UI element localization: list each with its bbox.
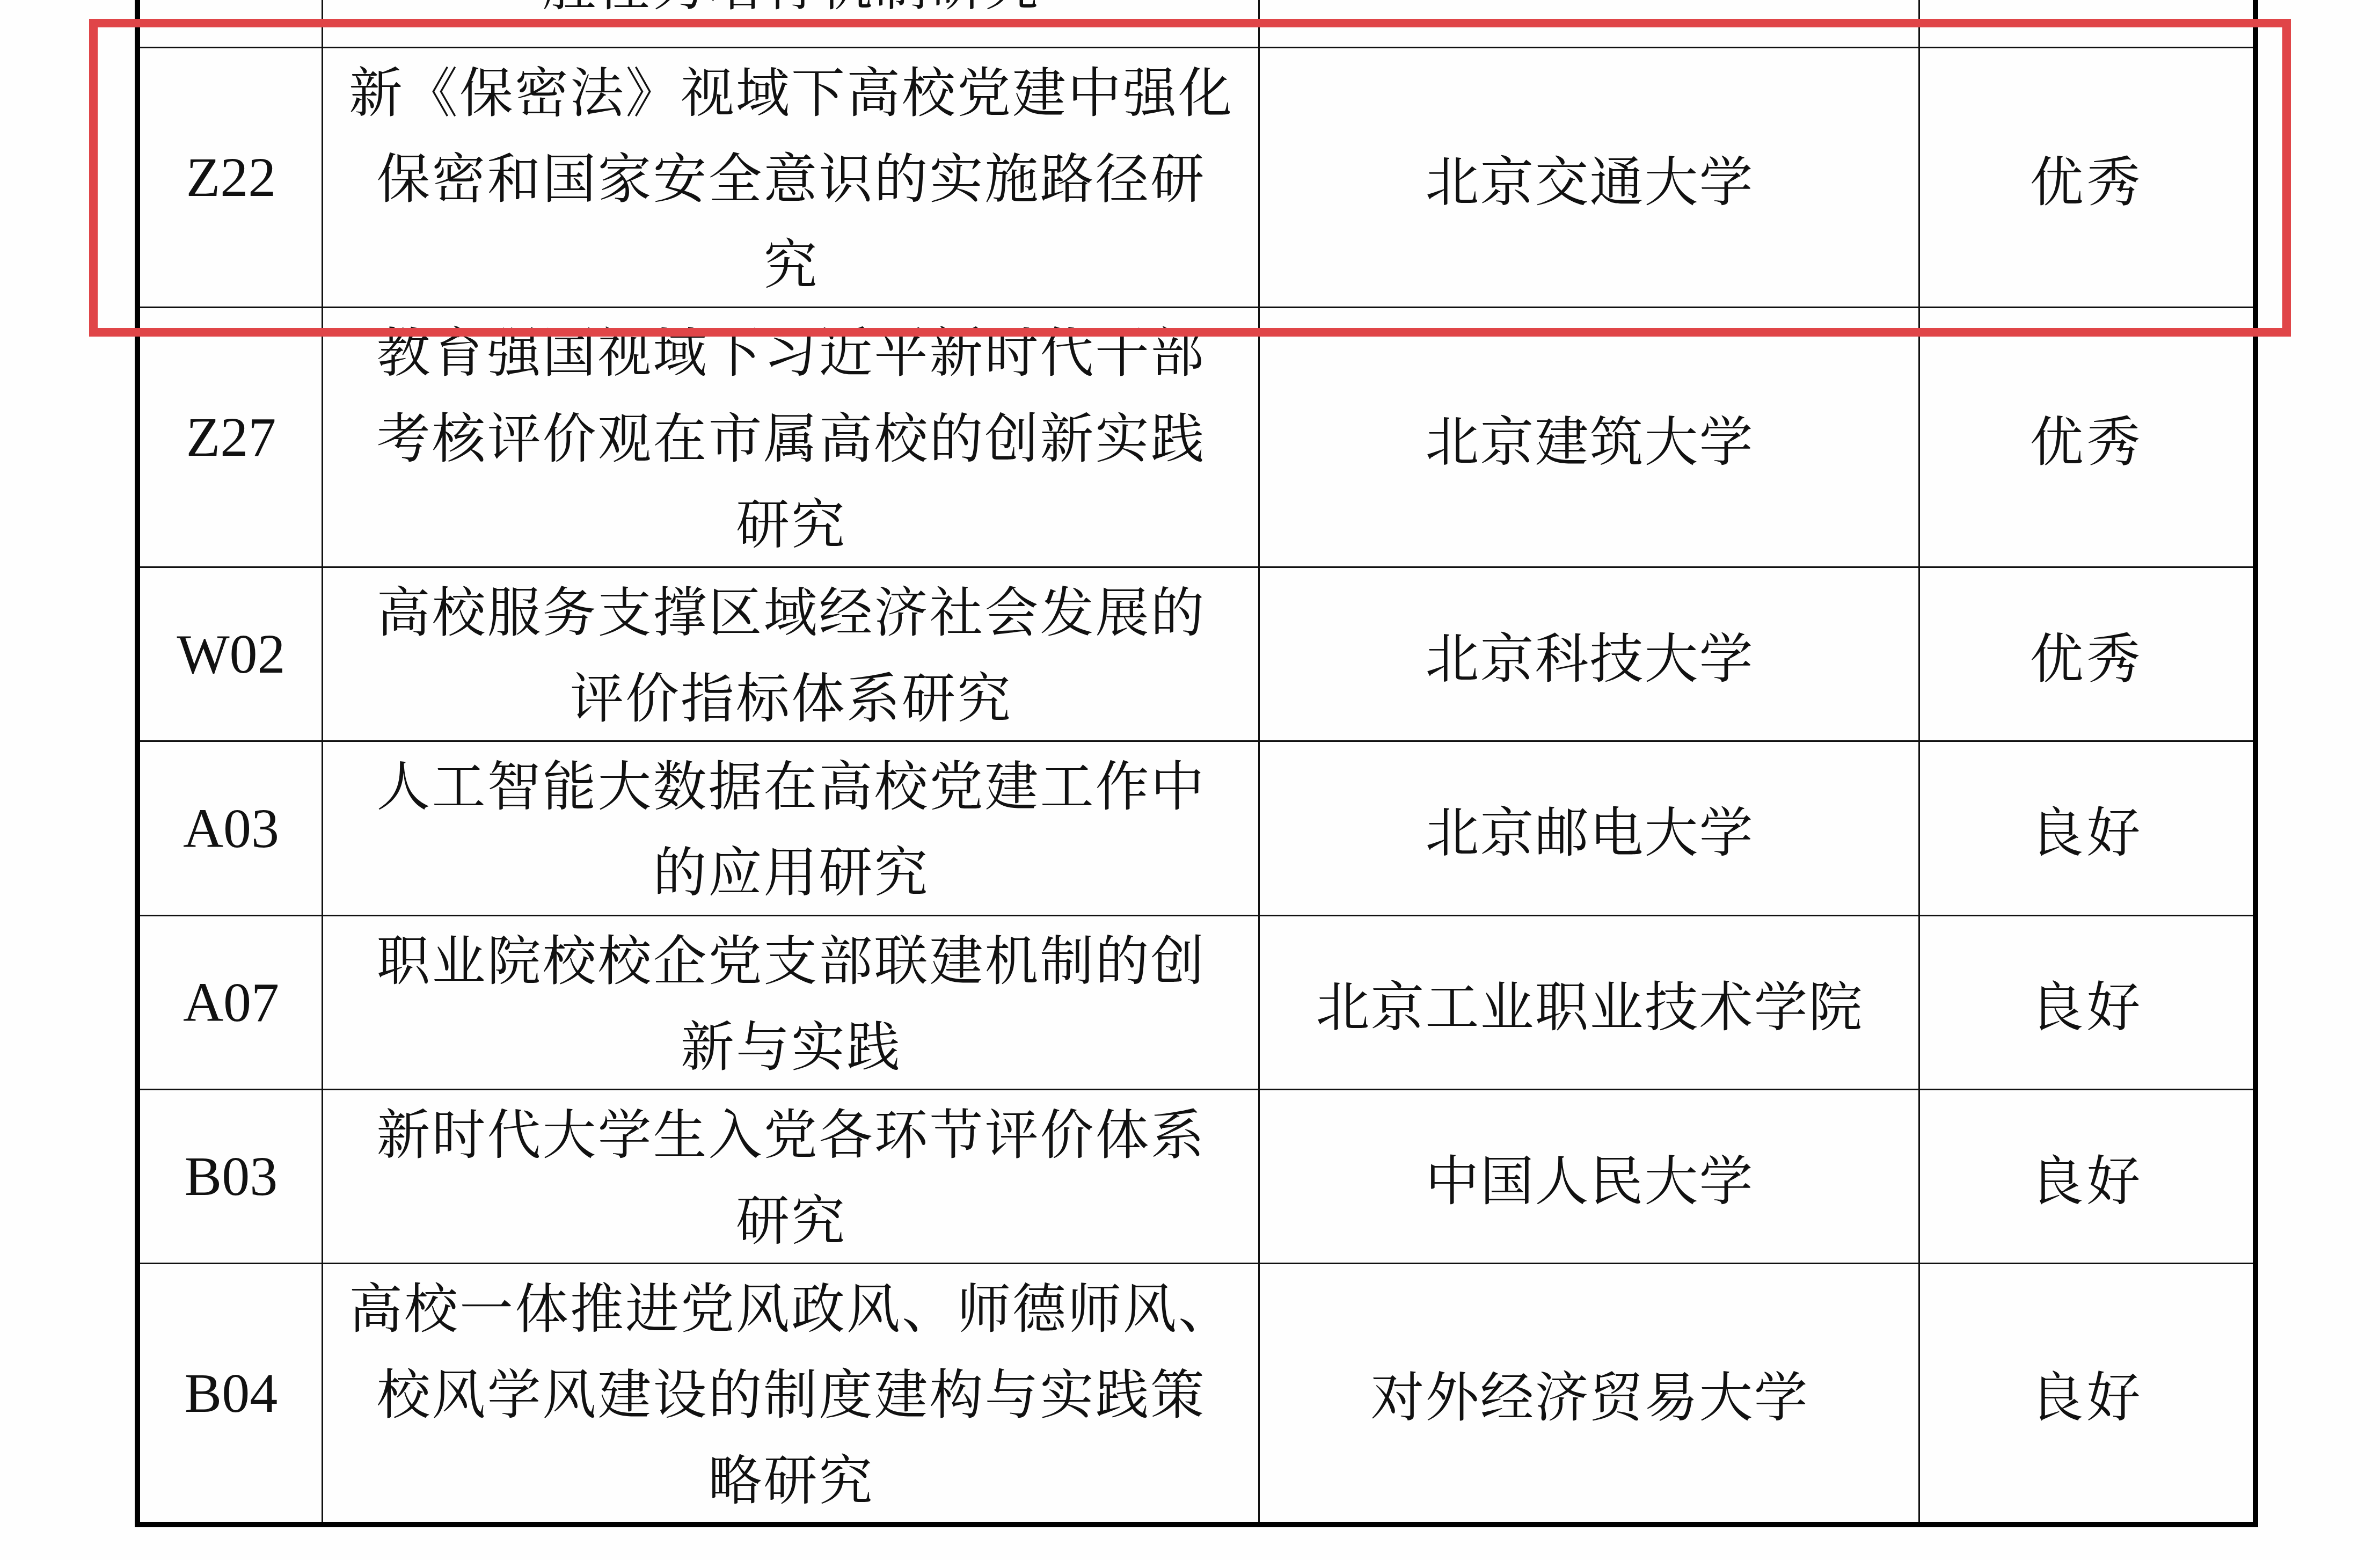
- institution-name: 北京交通大学: [1260, 48, 1919, 307]
- project-code: Z22: [140, 48, 322, 307]
- table-border-left: [135, 0, 140, 1527]
- title-line: 教育强国视域下习近平新时代干部: [324, 310, 1259, 396]
- title-line: 新与实践: [324, 1004, 1259, 1090]
- institution-name: 对外经济贸易大学: [1260, 1264, 1919, 1522]
- title-line: 人工智能大数据在高校党建工作中: [324, 744, 1259, 830]
- project-code: B03: [140, 1090, 322, 1263]
- grade-label: 良好: [1921, 1264, 2253, 1522]
- partial-row-title: 胜任力培育机制研究: [324, 0, 1259, 30]
- project-title: 高校一体推进党风政风、师德师风、 校风学风建设的制度建构与实践策 略研究: [324, 1264, 1259, 1522]
- institution-name: 北京邮电大学: [1260, 742, 1919, 915]
- project-title: 高校服务支撑区域经济社会发展的 评价指标体系研究: [324, 568, 1259, 740]
- grade-label: 优秀: [1921, 568, 2253, 740]
- project-title: 人工智能大数据在高校党建工作中 的应用研究: [324, 742, 1259, 915]
- title-line: 评价指标体系研究: [324, 656, 1259, 742]
- grade-label: 优秀: [1921, 48, 2253, 307]
- project-title: 新《保密法》视域下高校党建中强化 保密和国家安全意识的实施路径研 究: [324, 48, 1259, 307]
- title-line: 校风学风建设的制度建构与实践策: [324, 1352, 1259, 1438]
- table-border-right: [2253, 0, 2258, 1527]
- project-code: A03: [140, 742, 322, 915]
- grade-label: 良好: [1921, 916, 2253, 1089]
- project-title: 职业院校校企党支部联建机制的创 新与实践: [324, 916, 1259, 1089]
- grade-label: 良好: [1921, 1090, 2253, 1263]
- institution-name: 北京科技大学: [1260, 568, 1919, 740]
- title-line: 保密和国家安全意识的实施路径研: [324, 136, 1259, 222]
- project-code: W02: [140, 568, 322, 740]
- institution-name: 中国人民大学: [1260, 1090, 1919, 1263]
- title-line: 究: [324, 222, 1259, 308]
- project-code: A07: [140, 916, 322, 1089]
- title-line: 高校一体推进党风政风、师德师风、: [324, 1266, 1259, 1352]
- project-title: 新时代大学生入党各环节评价体系 研究: [324, 1090, 1259, 1263]
- project-title: 教育强国视域下习近平新时代干部 考核评价观在市属高校的创新实践 研究: [324, 308, 1259, 566]
- project-code: Z27: [140, 308, 322, 566]
- title-line: 研究: [324, 1178, 1259, 1264]
- institution-name: 北京建筑大学: [1260, 308, 1919, 566]
- grade-label: 优秀: [1921, 308, 2253, 566]
- title-line: 职业院校校企党支部联建机制的创: [324, 918, 1259, 1004]
- grade-label: 良好: [1921, 742, 2253, 915]
- title-line: 新时代大学生入党各环节评价体系: [324, 1092, 1259, 1178]
- institution-name: 北京工业职业技术学院: [1260, 916, 1919, 1089]
- title-line: 的应用研究: [324, 830, 1259, 916]
- title-line: 研究: [324, 482, 1259, 568]
- project-code: B04: [140, 1264, 322, 1522]
- title-line: 考核评价观在市属高校的创新实践: [324, 396, 1259, 482]
- title-line: 新《保密法》视域下高校党建中强化: [324, 50, 1259, 136]
- title-line: 高校服务支撑区域经济社会发展的: [324, 570, 1259, 656]
- title-line: 略研究: [324, 1438, 1259, 1524]
- document-page: 胜任力培育机制研究 Z22 新《保密法》视域下高校党建中强化 保密和国家安全意识…: [0, 0, 2380, 1560]
